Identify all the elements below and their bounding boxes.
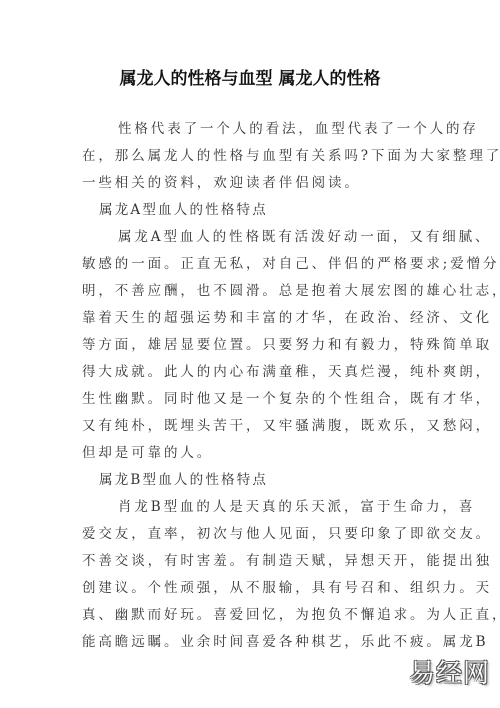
site-watermark-logo: 易经网 [409, 653, 490, 690]
intro-line-1: 性格代表了一个人的看法，血型代表了一个人的存 [82, 116, 422, 143]
type-a-line-4: 靠着天生的超强运势和丰富的才华，在政治、经济、文化 [82, 305, 422, 332]
section-heading-type-a: 属龙A型血人的性格特点 [82, 197, 422, 224]
type-a-line-2: 敏感的一面。正直无私，对自己、伴侣的严格要求;爱憎分 [82, 251, 422, 278]
document-page: 属龙人的性格与血型 属龙人的性格 性格代表了一个人的看法，血型代表了一个人的存 … [0, 0, 500, 708]
type-a-line-6: 得大成就。此人的内心布满童稚，天真烂漫，纯朴爽朗， [82, 359, 422, 386]
type-b-line-1: 肖龙B型血的人是天真的乐天派，富于生命力，喜 [82, 494, 422, 521]
document-body: 性格代表了一个人的看法，血型代表了一个人的存 在，那么属龙人的性格与血型有关系吗… [82, 116, 422, 656]
intro-line-2: 在，那么属龙人的性格与血型有关系吗?下面为大家整理了 [82, 143, 422, 170]
intro-line-3: 一些相关的资料，欢迎读者伴侣阅读。 [82, 170, 422, 197]
document-title: 属龙人的性格与血型 属龙人的性格 [0, 64, 500, 89]
type-a-line-9: 但却是可靠的人。 [82, 440, 422, 467]
section-heading-type-b: 属龙B型血人的性格特点 [82, 467, 422, 494]
type-a-line-7: 生性幽默。同时他又是一个复杂的个性组合，既有才华， [82, 386, 422, 413]
type-b-line-3: 不善交谈，有时害羞。有制造天赋，异想天开，能提出独 [82, 548, 422, 575]
type-b-line-6: 能高瞻远瞩。业余时间喜爱各种棋艺，乐此不疲。属龙B [82, 629, 422, 656]
type-b-line-2: 爱交友，直率，初次与他人见面，只要印象了即欲交友。 [82, 521, 422, 548]
type-a-line-8: 又有纯朴，既埋头苦干，又牢骚满腹，既欢乐，又愁闷， [82, 413, 422, 440]
type-a-line-5: 等方面，雄居显要位置。只要努力和有毅力，特殊简单取 [82, 332, 422, 359]
type-b-line-5: 真、幽默而好玩。喜爱回忆，为抱负不懈追求。为人正直， [82, 602, 422, 629]
type-a-line-1: 属龙A型血人的性格既有活泼好动一面，又有细腻、 [82, 224, 422, 251]
type-b-line-4: 创建议。个性顽强，从不服输，具有号召和、组织力。天 [82, 575, 422, 602]
type-a-line-3: 明，不善应酬，也不圆滑。总是抱着大展宏图的雄心壮志， [82, 278, 422, 305]
